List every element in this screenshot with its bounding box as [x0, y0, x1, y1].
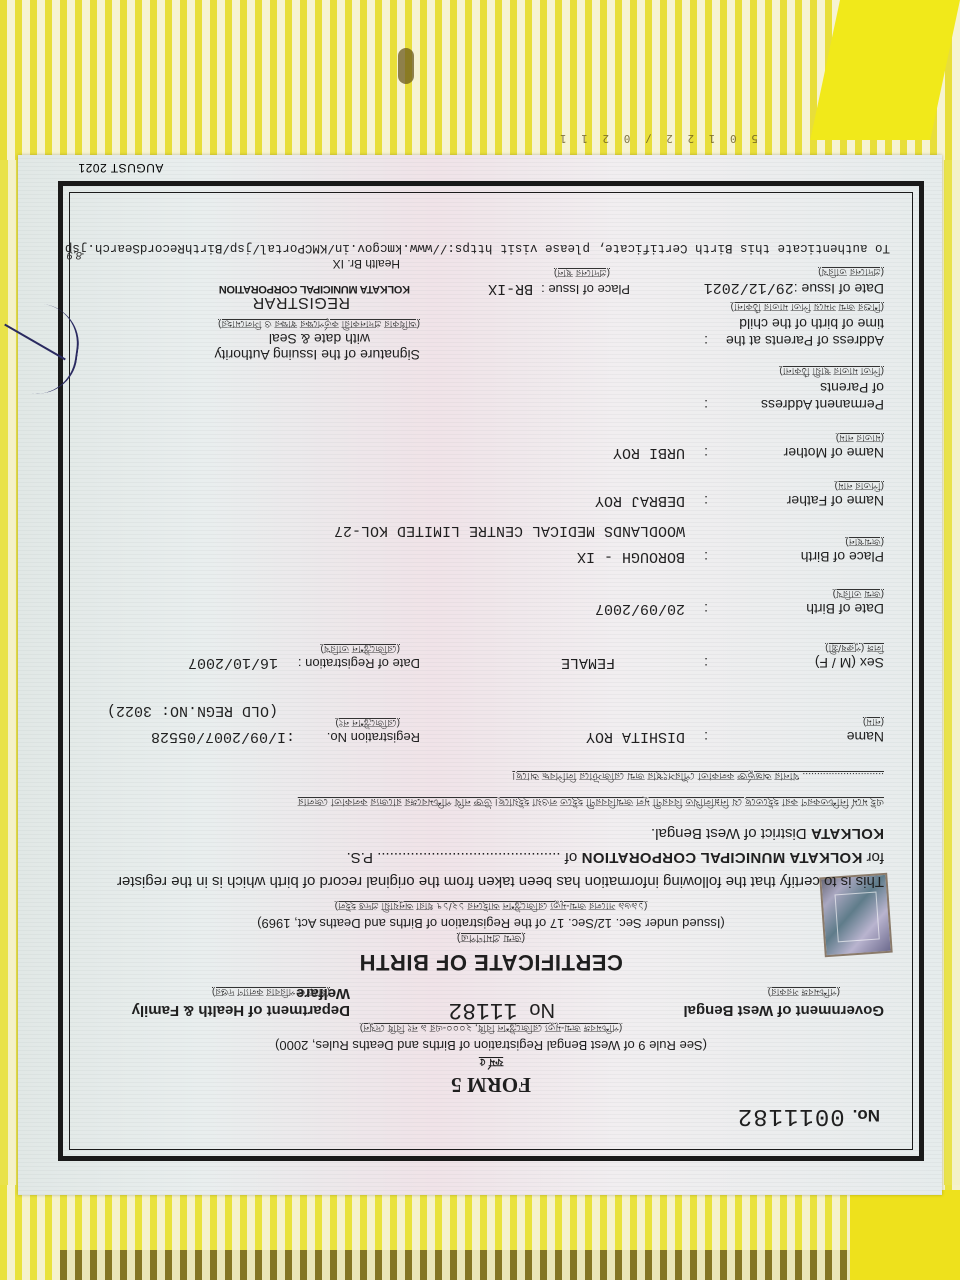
government-name: Government of West Bengal: [683, 1002, 884, 1019]
field-dob-label: Date of Birth (জন্ম তারিখ): [806, 584, 884, 617]
certificate-content: No.0011182 FORM 5 ফর্ম ৫ (See Rule 9 of …: [92, 203, 890, 1133]
emblem-icon: [398, 48, 414, 84]
field-mother-label: Name of Mother (মাতার নাম): [784, 428, 884, 461]
field-registration-date-label: Date of Registration : (রেজিস্ট্রেশন তার…: [298, 639, 420, 671]
field-permanent-address-label: Permanent Address of Parents (পিতা মাতার…: [761, 362, 884, 413]
government-name-bn: (পশ্চিমবঙ্গ সরকার): [768, 982, 840, 999]
folder-shadow: [60, 1250, 960, 1280]
field-father-label: Name of Father (পিতার নাম): [787, 476, 884, 509]
print-month: AUGUST 2021: [78, 161, 163, 175]
field-dob-value: 20/09/2007: [595, 600, 685, 617]
form-title-bn: ফর্ম ৫: [92, 1052, 890, 1071]
authentication-note: To authenticate this Birth Certificate, …: [65, 241, 890, 255]
health-branch: Health Br. IX: [333, 257, 400, 271]
field-pob-label: Place of Birth (জন্মস্থান): [801, 532, 884, 565]
issued-under-bn: (১৯৬৯ সালের জন্ম-মৃত্যু রেজিস্ট্রেশন আইন…: [92, 896, 890, 913]
field-sex-label: Sex (M / F) লিঙ্গ (পুরুষ/স্ত্রী): [815, 638, 884, 671]
certification-statement: This is to certify that the following in…: [96, 821, 884, 893]
certification-statement-bn: এই মর্মে নিশ্চিতকরণ করা হইতেছে যে নিম্নল…: [96, 763, 884, 815]
field-mother-value: URBI ROY: [613, 444, 685, 461]
field-address-at-birth-label: Address of Parents at the time of birth …: [726, 298, 884, 349]
field-old-registration: (OLD REGN.NO: 3022): [107, 702, 278, 719]
registrar-stamp: REGISTRAR: [252, 293, 350, 311]
handwritten-note: 8.9: [67, 249, 82, 261]
certificate-frame: No.0011182 FORM 5 ফর্ম ৫ (See Rule 9 of …: [58, 181, 924, 1161]
field-name-value: DISHITA ROY: [586, 728, 685, 745]
field-registration-value: :I/09/2007/05528: [151, 728, 295, 745]
field-father-value: DEBRAJ ROY: [595, 492, 685, 509]
field-name-label: Name (নাম): [847, 712, 884, 745]
form-title: FORM 5: [92, 1072, 890, 1097]
rule-reference: (See Rule 9 of West Bengal Registration …: [92, 1038, 890, 1053]
department-name-bn: (স্বাস্থ্য ও পরিবার কল্যাণ দপ্তর): [212, 982, 330, 999]
place-of-issue: Place of Issue :BR-IX (প্রদানের স্থান): [488, 263, 630, 297]
field-registration-date-value: 16/10/2007: [188, 654, 278, 671]
field-sex-value: FEMALE: [561, 654, 615, 671]
folder-tab-bottom: [850, 1190, 960, 1280]
register-number: No11182: [448, 997, 555, 1023]
signature-block: Signature of the Issuing Authority with …: [215, 314, 420, 363]
serial-number: No.0011182: [737, 1102, 880, 1129]
date-of-issue: Date of Issue :29/12/2021 (প্রদানের তারি…: [704, 262, 884, 297]
certificate-title: CERTIFICATE OF BIRTH: [92, 949, 890, 975]
field-registration-label: Registration No. (রেজিস্ট্রেশন নং): [327, 713, 420, 745]
field-pob-value-2: WOODLANDS MEDICAL CENTRE LIMITED KOL-27: [334, 522, 685, 539]
corporation-stamp: KOLKATA MUNICIPAL CORPORATION: [219, 283, 410, 295]
folder-serial: 5 0 1 2 2 / 0 2 1 1: [556, 132, 758, 145]
field-pob-value: BOROUGH - IX: [577, 548, 685, 565]
issued-under: (Issued under Sec. 12/Sec. 17 of the Reg…: [92, 916, 890, 931]
birth-certificate: No.0011182 FORM 5 ফর্ম ৫ (See Rule 9 of …: [18, 155, 942, 1195]
